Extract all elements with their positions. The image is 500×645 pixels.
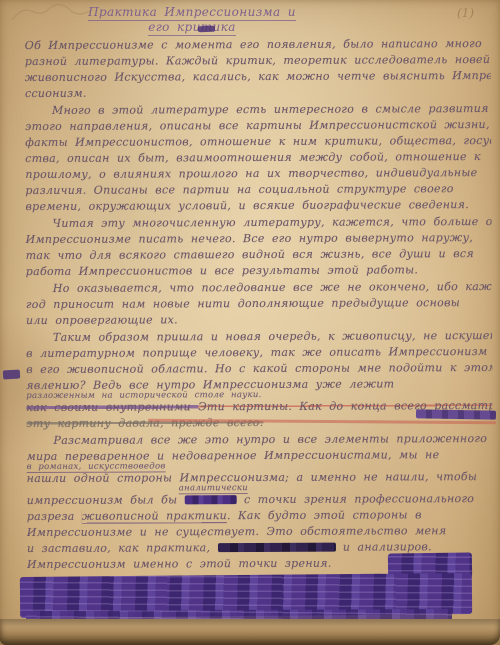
manuscript-paragraph: Много в этой литературе есть интересного…	[25, 101, 491, 215]
text-segment: времени, окружающих условий, и всякие би…	[25, 198, 469, 213]
text-segment: в его живописной области. Но с какой сто…	[26, 361, 493, 376]
page-title: Практика Импрессионизма и его критика	[58, 5, 326, 35]
text-segment: живописного Искусства, касались, как мож…	[25, 69, 493, 84]
title-line-2: его критика	[148, 20, 236, 36]
text-segment: живописной практики	[82, 509, 227, 523]
manuscript-line: нашли одной стороны Импрессионизма; а им…	[27, 469, 493, 487]
text-segment: и заставило, как практика,	[27, 541, 218, 555]
strikethrough-scribble	[416, 409, 496, 419]
manuscript-line: в его живописной области. Но с какой сто…	[26, 360, 492, 378]
manuscript-line: работа Импрессионистов и все результаты …	[26, 262, 492, 280]
page-bottom-curl	[0, 619, 500, 645]
ink-blot	[198, 26, 215, 33]
text-segment: этого направления, описаны все картины И…	[25, 118, 490, 133]
text-segment: ства, описан их быт, взаимоотношения меж…	[25, 150, 481, 165]
manuscript-line: год приносит нам новые нити дополняющие …	[26, 295, 492, 313]
manuscript-paragraph: Об Импрессионизме с момента его появлени…	[25, 36, 491, 102]
manuscript-line: или опровергающие их.	[26, 311, 492, 329]
manuscript-paragraph: Читая эту многочисленную литературу, каж…	[26, 214, 492, 280]
manuscript-line: импрессионизм был бы с точки зрения проф…	[27, 491, 493, 509]
text-segment: Много в этой литературе есть интересного…	[52, 102, 489, 117]
text-segment: импрессионизм был бы	[27, 493, 185, 507]
text-segment: разреза	[27, 510, 82, 523]
manuscript-page: (1) Практика Импрессионизма и его критик…	[0, 0, 500, 645]
text-segment: с точки зрения профессионального	[237, 492, 475, 506]
manuscript-paragraph: Разсматривал все же это нутро и все элем…	[26, 431, 493, 573]
text-segment: нашли одной стороны Импрессионизма; а им…	[27, 470, 478, 485]
manuscript-line: так что для всякого ставшего видной вся …	[26, 246, 492, 264]
margin-ink-mark	[3, 370, 20, 380]
text-segment: или опровергающие их.	[26, 313, 178, 327]
text-segment: так что для всякого ставшего видной вся …	[26, 247, 474, 262]
text-segment: прошлому, о влияниях прошлого на их твор…	[25, 166, 477, 181]
text-segment: Импрессионизме и не существует. Это обст…	[27, 524, 447, 539]
text-segment: Импрессионизме писать нечего. Все его ну…	[26, 231, 474, 246]
ink-blot	[218, 543, 336, 553]
text-segment: факты Импрессионистов, отношение к ним к…	[25, 134, 493, 149]
text-segment: эту картину давала, прежде всего.	[26, 416, 263, 430]
text-segment: Но оказывается, что последование все же …	[53, 280, 493, 295]
title-line-1: Практика Импрессионизма и	[88, 5, 296, 21]
text-segment: и анализиров.	[336, 540, 432, 553]
text-segment: Об Импрессионизме с момента его появлени…	[25, 37, 482, 52]
text-segment: Разсматривал все же это нутро и все элем…	[53, 432, 487, 447]
manuscript-body: Об Импрессионизме с момента его появлени…	[25, 36, 494, 622]
ink-blot	[185, 495, 237, 504]
manuscript-line: живописного Искусства, касались, как мож…	[25, 68, 491, 86]
text-segment: работа Импрессионистов и все результаты …	[26, 263, 418, 278]
manuscript-paragraph: Но оказывается, что последование все же …	[26, 279, 492, 329]
page-number: (1)	[457, 6, 474, 20]
text-segment: разной литературы. Каждый критик, теорет…	[25, 53, 493, 68]
text-segment: Таким образом пришла и новая очередь, к …	[53, 329, 493, 344]
text-segment: Импрессионизм именно с этой точки зрения…	[27, 557, 332, 571]
text-segment: ссионизм.	[25, 87, 87, 100]
text-segment: различия. Описаны все партии на социальн…	[25, 182, 453, 197]
text-segment: Читая эту многочисленную литературу, каж…	[53, 215, 494, 230]
manuscript-line: времени, окружающих условий, и всякие би…	[25, 197, 491, 215]
text-segment: год приносит нам новые нити дополняющие …	[26, 296, 460, 311]
text-segment: как своими внутренними	[26, 400, 198, 414]
manuscript-line: ссионизм.	[25, 84, 491, 102]
text-segment: в литературном поприще человеку, так же …	[26, 345, 487, 360]
text-segment: . Как будто этой стороны в	[227, 508, 422, 522]
